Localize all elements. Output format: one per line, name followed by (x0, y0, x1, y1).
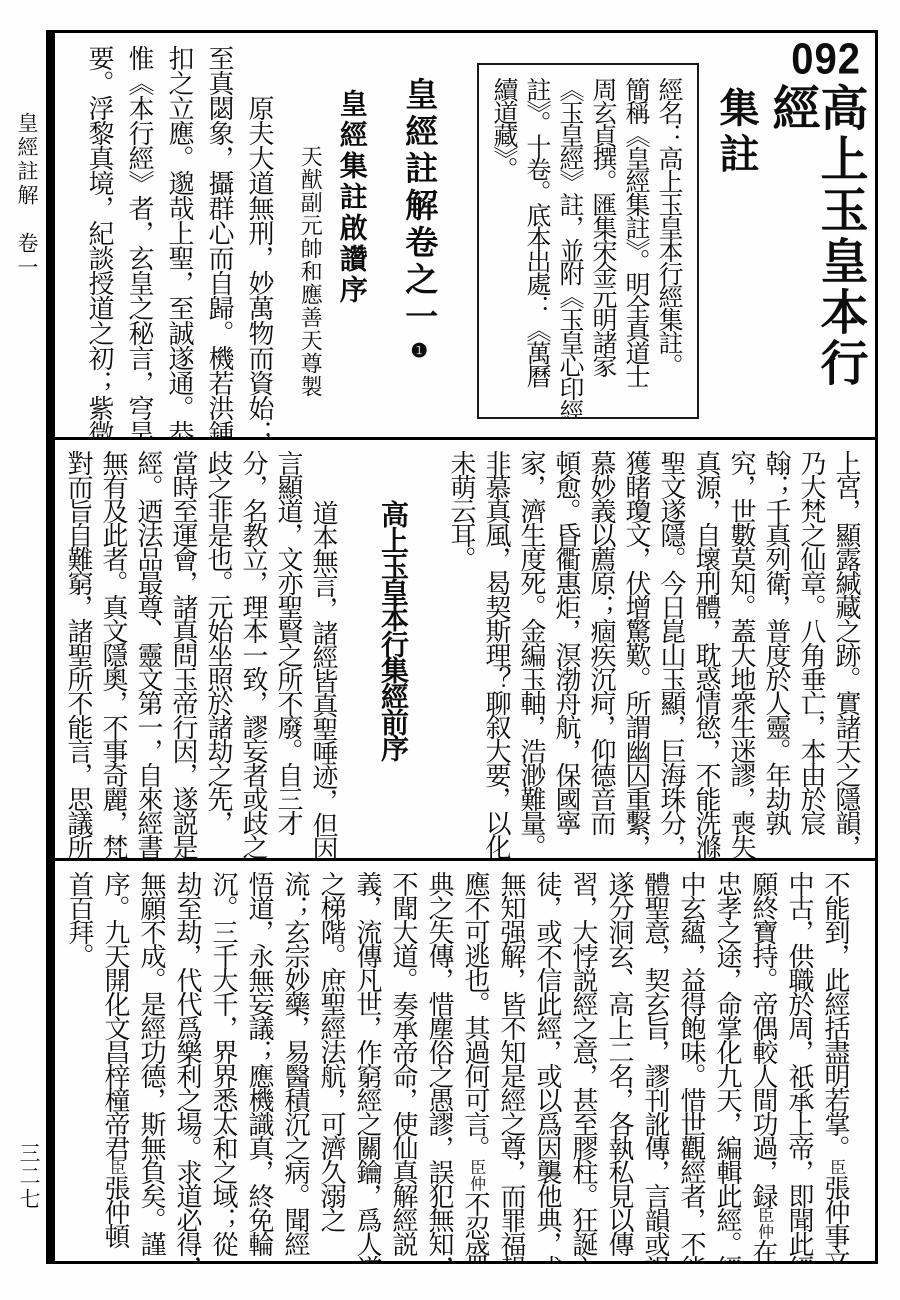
preface-title: 皇經集註啟讚序 (335, 89, 366, 306)
text-column: 不能到，此經括盡明若掌。臣張仲事文 (817, 871, 853, 1257)
text-column: 應不可逃也。其過何可言。臣仲不忍盛 (457, 871, 493, 1257)
text-column: 分，名教立，理本一致，謬妄者或歧之， (236, 450, 271, 854)
text-run: 不忍盛 (461, 1191, 490, 1261)
text-column: 慕妙義以薦原；痼疾沉疴，仰德音而 (584, 450, 619, 854)
text-column: 對而旨自難窮，諸聖所不能言，思議所 (61, 450, 96, 854)
text-column: 原夫大道無刑，妙萬物而資始； (239, 45, 279, 437)
column-spacer (341, 450, 375, 854)
bottom-text-columns: 不能到，此經括盡明若掌。臣張仲事文中古，供職於周，祇承上帝，即聞此經，願終寶持。… (61, 871, 853, 1257)
text-column: 體聖意，契玄旨，謬刊訛傳，言韻或誤， (637, 871, 673, 1257)
small-annotation-text: 臣 (827, 1159, 844, 1175)
margin-title: 皇經註解 卷一 (12, 112, 42, 280)
text-column: 真源，自壞刑體，耽惑情慾，不能洗滌， (689, 450, 724, 854)
book-title: 高上玉皇本行經 (767, 83, 863, 437)
text-column: 獲睹瓊文，伏增驚歎。所謂幽囚重繫， (619, 450, 654, 854)
attribution-line: 天猷副元帥和應善天尊製 (298, 145, 322, 398)
text-column: 周玄貞撰。匯集宋金元明諸家 (586, 77, 619, 405)
note-marker: ❶ (408, 340, 429, 362)
text-column: 至真閟象，攝群心而自歸。機若洪鍾， (199, 45, 239, 437)
bottom-band: 不能到，此經括盡明若掌。臣張仲事文中古，供職於周，祇承上帝，即聞此經，願終寶持。… (55, 861, 875, 1261)
text-run: 不能到，此經括盡明若掌。 (821, 871, 850, 1159)
text-column: 首百拜。 (61, 871, 97, 1257)
text-column: 要。浮黎真境，紀談授道之初；紫微 (79, 45, 119, 437)
text-column: 徒，或不信此經，或以爲因襲他典，或 (529, 871, 565, 1257)
text-column: 義，流傳凡世，作窮經之關鑰，爲人道 (349, 871, 385, 1257)
text-column: 歧之非是也。元始坐照於諸劫之先， (201, 450, 236, 854)
text-column: 無知强解，皆不知是經之尊，而罪福報 (493, 871, 529, 1257)
text-column: 《玉皇經》註，並附《玉皇心印經 (553, 77, 586, 405)
text-column: 序。九天開化文昌梓橦帝君臣張仲頓 (97, 871, 133, 1257)
text-column: 沉。三千大千，界界悉太和之域；從 (205, 871, 241, 1257)
page-number: 三二七 (14, 1142, 44, 1211)
text-run: 序。九天開化文昌梓橦帝君 (101, 871, 130, 1159)
page-frame: 092 高上玉皇本行經 集註 經名：高上玉皇本行經集註。簡稱《皇經集註》。明全真… (46, 30, 878, 1264)
text-column: 流；玄宗妙藥，易醫積沉之病。聞經 (277, 871, 313, 1257)
volume-title-text: 皇經註解卷之一 (400, 77, 436, 336)
colophon-columns: 經名：高上玉皇本行經集註。簡稱《皇經集註》。明全真道士周玄貞撰。匯集宋金元明諸家… (487, 77, 685, 405)
text-column: 忠孝之途，命掌化九天，編輯此經。經 (709, 871, 745, 1257)
text-column: 願終寶持。帝偶較人間功過，録臣仲在 (745, 871, 781, 1257)
inner-section-title: 高上玉皇本行集經前序 (375, 450, 410, 854)
colophon-box: 經名：高上玉皇本行經集註。簡稱《皇經集註》。明全真道士周玄貞撰。匯集宋金元明諸家… (477, 63, 699, 419)
text-column: 頓愈。昏衢惠炬，溟渤舟航，保國寧 (549, 450, 584, 854)
small-annotation-text: 臣仲 (467, 1159, 484, 1191)
text-column: 註》。十卷。底本出處：《萬曆 (520, 77, 553, 405)
text-run: 張仲事文 (821, 1175, 850, 1261)
text-column: 悟道，永無妄議；應機識真，終免輪 (241, 871, 277, 1257)
top-text-columns: 原夫大道無刑，妙萬物而資始；至真閟象，攝群心而自歸。機若洪鍾，扣之立應。邈哉上聖… (79, 45, 279, 437)
text-column: 中玄蘊，益得飽味。惜世觀經者，不能 (673, 871, 709, 1257)
text-column: 典之失傳，惜塵俗之愚謬，誤犯無知， (421, 871, 457, 1257)
text-column: 扣之立應。邈哉上聖，至誠遂通。恭 (159, 45, 199, 437)
text-column: 經。迺法品最尊、靈文第一，自來經書 (131, 450, 166, 854)
small-annotation-text: 臣 (107, 1159, 124, 1175)
text-column: 習，大悖説經之意，甚至膠柱。狂誕之 (565, 871, 601, 1257)
volume-title: 皇經註解卷之一❶ (400, 77, 436, 362)
scanned-book-page: 皇經註解 卷一 三二七 092 高上玉皇本行經 集註 經名：高上玉皇本行經集註。… (0, 0, 900, 1300)
text-column: 翰；千真列衛，普度於人靈。年劫孰 (759, 450, 794, 854)
text-column: 言顯道，文亦聖賢之所不廢。自三才 (271, 450, 306, 854)
text-column: 家，濟生度死。金編玉軸，浩渺難量。 (514, 450, 549, 854)
text-column: 非慕真風，曷契斯理？聊叙大要，以化 (479, 450, 514, 854)
text-column: 劫至劫，代代爲樂利之場。求道必得， (169, 871, 205, 1257)
text-column: 遂分洞玄、高上二名，各執私見以傳 (601, 871, 637, 1257)
book-subtitle: 集註 (708, 87, 765, 179)
text-column: 道本無言，諸經皆真聖唾迹，但因 (306, 450, 341, 854)
top-band: 092 高上玉皇本行經 集註 經名：高上玉皇本行經集註。簡稱《皇經集註》。明全真… (55, 33, 875, 437)
middle-band: 上宮，顯露緘藏之跡。實諸天之隱韻，乃大梵之仙章。八角垂亡，本由於宸翰；千真列衛，… (55, 440, 875, 858)
text-column: 無願不成。是經功德，斯無負矣。謹 (133, 871, 169, 1257)
text-column: 續道藏》。 (487, 77, 520, 405)
text-column: 不聞大道。奏承帝命，使仙真解經説 (385, 871, 421, 1257)
text-column: 聖文遂隱。今日崑山玉顯，巨海珠分， (654, 450, 689, 854)
text-column: 究，世數莫知。蓋大地衆生迷謬，喪失 (724, 450, 759, 854)
top-text-block: 原夫大道無刑，妙萬物而資始；至真閟象，攝群心而自歸。機若洪鍾，扣之立應。邈哉上聖… (79, 45, 285, 437)
column-spacer (410, 450, 444, 854)
text-run: 應不可逃也。其過何可言。 (461, 871, 490, 1159)
text-column: 經名：高上玉皇本行經集註。 (652, 77, 685, 405)
small-annotation-text: 臣仲 (755, 1207, 772, 1239)
text-column: 無有及此者。真文隱奧，不事奇麗，梵 (96, 450, 131, 854)
middle-text-columns: 上宮，顯露緘藏之跡。實諸天之隱韻，乃大梵之仙章。八角垂亡，本由於宸翰；千真列衛，… (61, 450, 864, 854)
text-column: 乃大梵之仙章。八角垂亡，本由於宸 (794, 450, 829, 854)
serial-number: 092 (791, 35, 861, 85)
text-run: 張仲頓 (101, 1175, 130, 1247)
text-column: 當時至運會，諸真問玉帝行因，遂説是 (166, 450, 201, 854)
text-column: 之梯階。庶聖經法航，可濟久溺之 (313, 871, 349, 1257)
text-column: 惟《本行經》者，玄皇之秘言，穹昊之樞 (119, 45, 159, 437)
text-column: 簡稱《皇經集註》。明全真道士 (619, 77, 652, 405)
text-column: 上宮，顯露緘藏之跡。實諸天之隱韻， (829, 450, 864, 854)
text-column: 未萌云耳。 (444, 450, 479, 854)
text-column: 中古，供職於周，祇承上帝，即聞此經， (781, 871, 817, 1257)
text-run: 願終寶持。帝偶較人間功過，録 (749, 871, 778, 1207)
text-run: 在 (749, 1239, 778, 1261)
